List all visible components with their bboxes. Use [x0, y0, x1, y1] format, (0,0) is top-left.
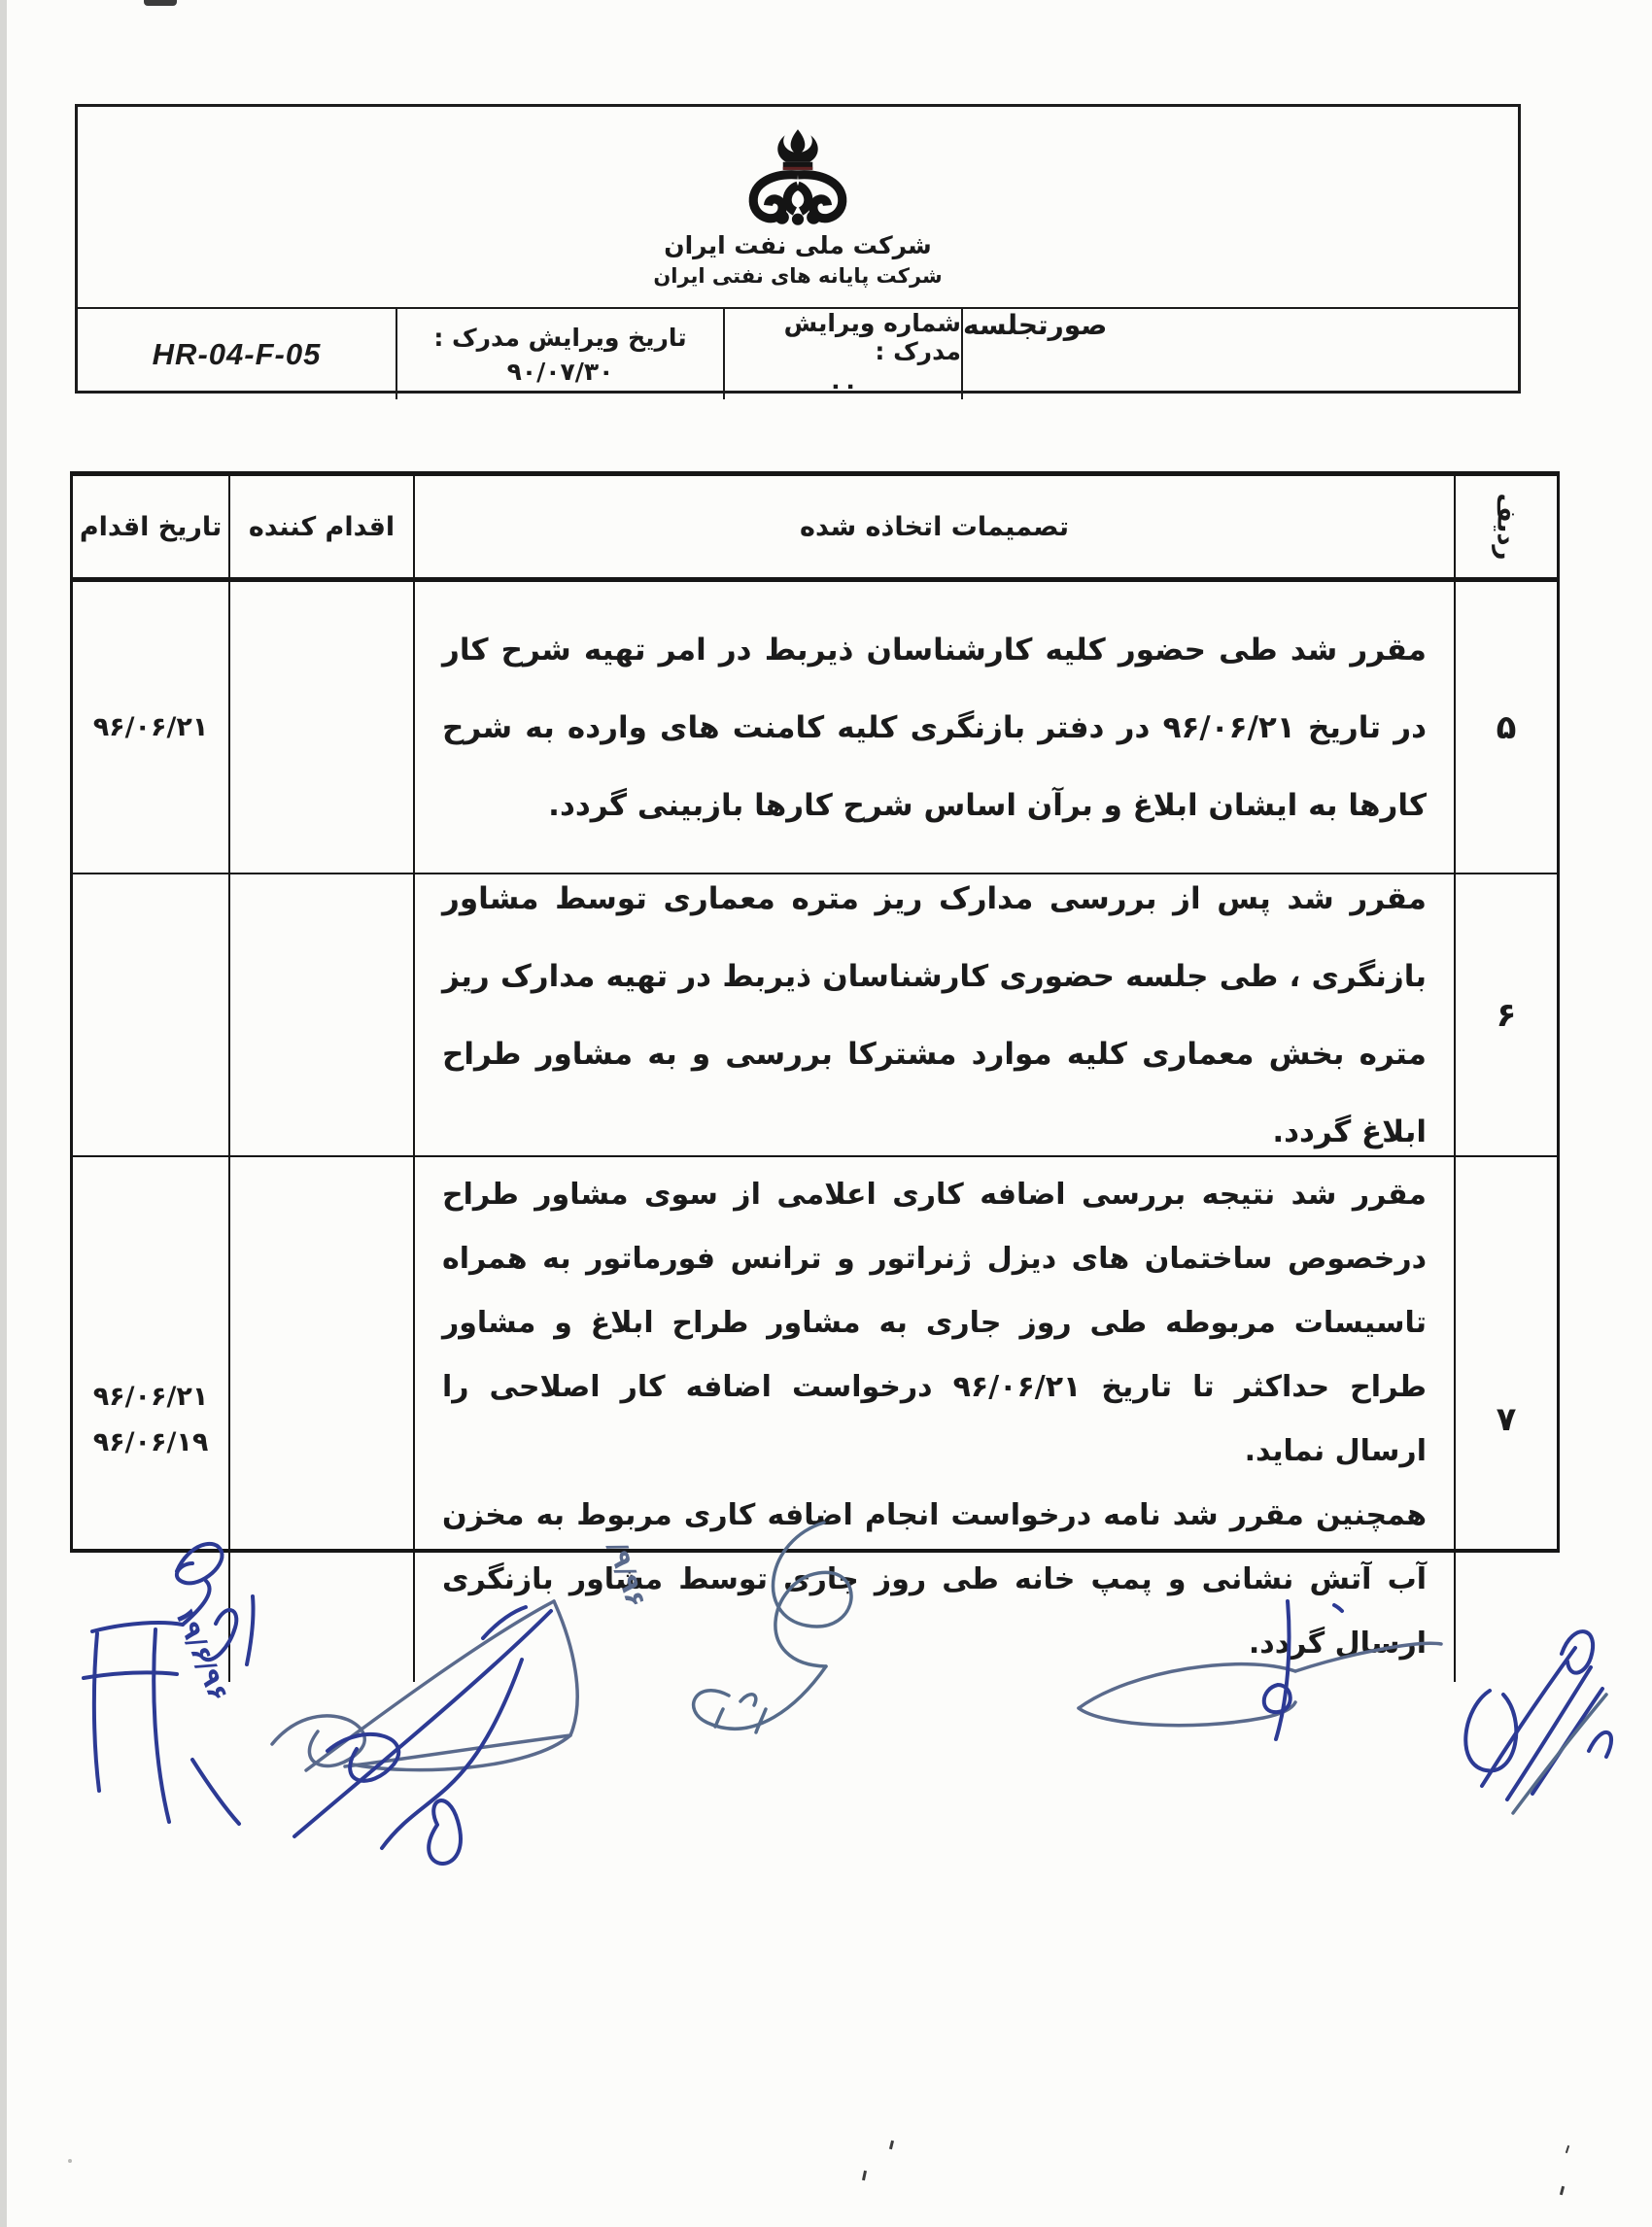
col-header-decisions: تصمیمات اتخاذه شده — [415, 476, 1456, 582]
scan-speck — [144, 0, 177, 6]
revision-date-value: ۹۰/۰۷/۳۰ — [507, 358, 614, 386]
document-title-cell: صورتجلسه — [963, 309, 1518, 399]
actor-cell-row6 — [230, 874, 415, 1157]
decision-text: مقرر شد طی حضور کلیه کارشناسان ذیربط در … — [442, 611, 1427, 844]
action-date-cell-row6 — [73, 874, 230, 1157]
scan-speck — [1566, 2145, 1569, 2153]
row-number-cell: ۵ — [1456, 582, 1557, 874]
header-logo-zone: شرکت ملی نفت ایران شرکت پایانه های نفتی … — [78, 107, 1518, 307]
nioc-torch-logo-icon — [739, 128, 857, 229]
revision-number-cell: شماره ویرایش مدرک : ۰۰ — [725, 309, 963, 399]
page-title: صورتجلسه — [963, 309, 1107, 341]
action-date-cell-row7: ۹۶/۰۶/۲۱ ۹۶/۰۶/۱۹ — [73, 1157, 230, 1682]
decisions-table: تاریخ اقدام اقدام کننده تصمیمات اتخاذه ش… — [70, 471, 1560, 1553]
decision-cell-row7: مقرر شد نتیجه بررسی اضافه کاری اعلامی از… — [415, 1157, 1456, 1682]
company-name-secondary: شرکت پایانه های نفتی ایران — [78, 264, 1518, 288]
form-code-cell: HR-04-F-05 — [78, 309, 397, 399]
scan-speck — [889, 2141, 894, 2149]
revision-number-label: شماره ویرایش مدرک : — [725, 309, 961, 365]
scanned-document-page: شرکت ملی نفت ایران شرکت پایانه های نفتی … — [0, 0, 1652, 2227]
col-header-row-no: ردیف — [1456, 476, 1557, 582]
revision-date-label: تاریخ ویرایش مدرک : — [433, 324, 686, 352]
row-number-cell: ۷ — [1456, 1157, 1557, 1682]
row-number-cell: ۶ — [1456, 874, 1557, 1157]
action-date: ۹۶/۰۶/۱۹ — [93, 1427, 209, 1457]
row-no-label: ردیف — [1492, 493, 1521, 560]
decision-cell-row6: مقرر شد پس از بررسی مدارک ریز متره معمار… — [415, 874, 1456, 1157]
form-header-box: شرکت ملی نفت ایران شرکت پایانه های نفتی … — [75, 104, 1521, 394]
decision-cell-row5: مقرر شد طی حضور کلیه کارشناسان ذیربط در … — [415, 582, 1456, 874]
company-name-primary: شرکت ملی نفت ایران — [78, 231, 1518, 259]
col-header-actor: اقدام کننده — [230, 476, 415, 582]
decision-text: همچنین مقرر شد نامه درخواست انجام اضافه … — [442, 1484, 1427, 1676]
scanner-edge-shadow — [0, 0, 7, 2227]
revision-date-cell: تاریخ ویرایش مدرک : ۹۰/۰۷/۳۰ — [397, 309, 725, 399]
scan-speck — [1560, 2186, 1565, 2195]
revision-number-value: ۰۰ — [828, 371, 858, 399]
action-date-cell-row5: ۹۶/۰۶/۲۱ — [73, 582, 230, 874]
form-code: HR-04-F-05 — [153, 337, 322, 372]
actor-cell-row5 — [230, 582, 415, 874]
scan-speck — [68, 2159, 72, 2163]
col-header-action-date: تاریخ اقدام — [73, 476, 230, 582]
action-date: ۹۶/۰۶/۲۱ — [93, 1382, 209, 1412]
form-meta-strip: HR-04-F-05 تاریخ ویرایش مدرک : ۹۰/۰۷/۳۰ … — [78, 307, 1518, 393]
decision-text: مقرر شد نتیجه بررسی اضافه کاری اعلامی از… — [442, 1163, 1427, 1484]
action-date: ۹۶/۰۶/۲۱ — [93, 712, 209, 742]
scan-speck — [862, 2171, 867, 2180]
actor-cell-row7 — [230, 1157, 415, 1682]
decision-text: مقرر شد پس از بررسی مدارک ریز متره معمار… — [442, 860, 1427, 1171]
